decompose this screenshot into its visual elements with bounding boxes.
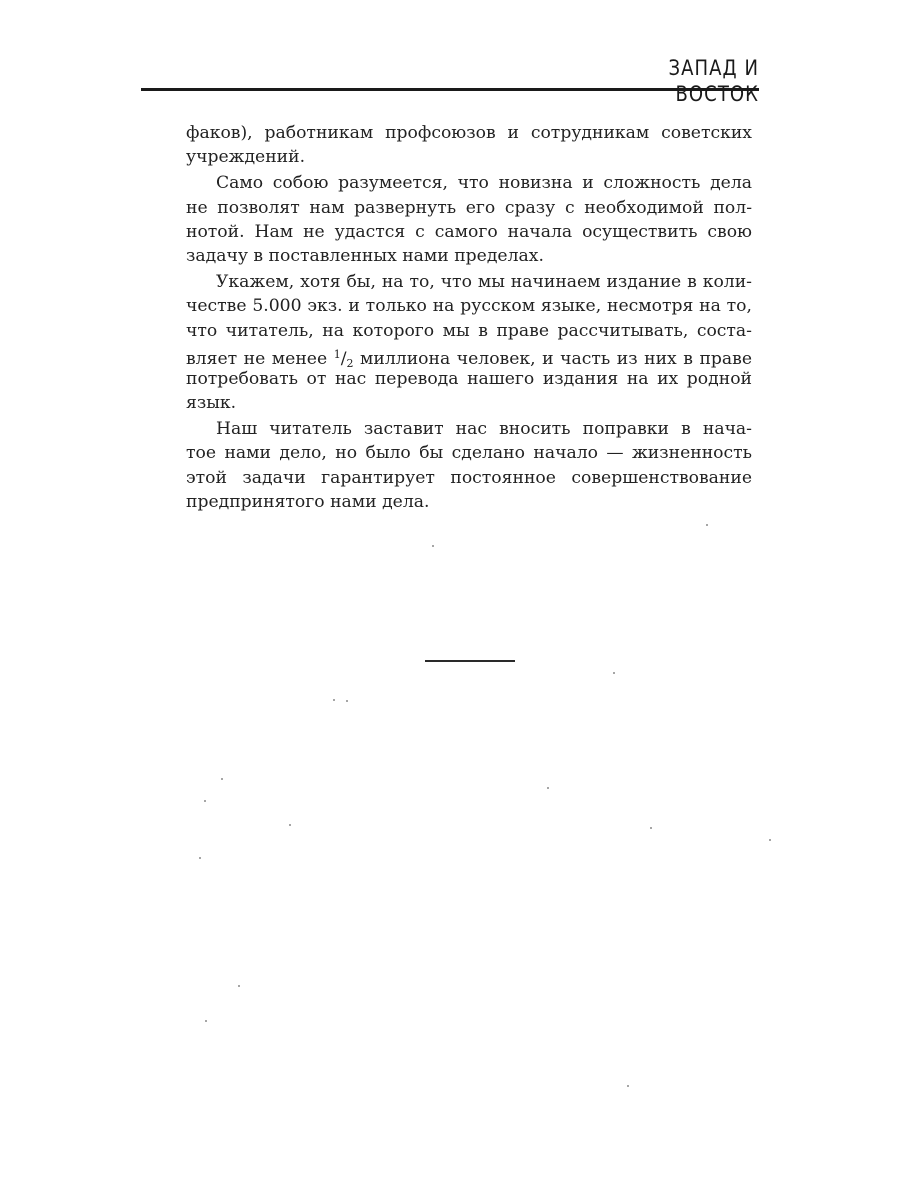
scan-speck: [650, 827, 652, 829]
scan-speck: [289, 824, 291, 826]
paragraph-3: Укажем, хотя бы, на то, что мы начинаем …: [186, 270, 752, 415]
text-line: язык.: [186, 391, 752, 415]
scan-speck: [706, 524, 708, 526]
fraction-one-half: 1/2: [334, 349, 354, 369]
text-line: потребовать от нас перевода нашего издан…: [186, 367, 752, 391]
scan-speck: [205, 1020, 207, 1022]
header-rule: [141, 88, 759, 91]
text-line: честве 5.000 экз. и только на русском яз…: [186, 294, 752, 318]
text-line: предпринятого нами дела.: [186, 490, 752, 514]
paragraph-4: Наш читатель заставит нас вносить поправ…: [186, 417, 752, 514]
scan-speck: [333, 699, 335, 701]
text-line: Наш читатель заставит нас вносить поправ…: [186, 417, 752, 441]
text-line: факов), работникам профсоюзов и сотрудни…: [186, 121, 752, 145]
text-fragment: вляет не менее: [186, 349, 327, 369]
scan-speck: [613, 672, 615, 674]
scan-speck: [627, 1085, 629, 1087]
text-line: этой задачи гарантирует постоянное совер…: [186, 466, 752, 490]
body-text: факов), работникам профсоюзов и сотрудни…: [186, 121, 752, 514]
paragraph-2: Само собою разумеется, что новизна и сло…: [186, 171, 752, 268]
text-line: что читатель, на которого мы в праве рас…: [186, 319, 752, 343]
text-line: Само собою разумеется, что новизна и сло…: [186, 171, 752, 195]
scan-speck: [769, 839, 771, 841]
paragraph-1: факов), работникам профсоюзов и сотрудни…: [186, 121, 752, 169]
text-line: Укажем, хотя бы, на то, что мы начинаем …: [186, 270, 752, 294]
end-of-text-rule: [425, 660, 515, 662]
scan-speck: [199, 857, 201, 859]
text-line: учреждений.: [186, 145, 752, 169]
text-line-with-fraction: вляет не менее 1/2 миллиона человек, и ч…: [186, 343, 752, 367]
scan-speck: [221, 778, 223, 780]
scan-speck: [432, 545, 434, 547]
scan-speck: [346, 700, 348, 702]
scan-speck: [204, 800, 206, 802]
text-line: не позволят нам развернуть его сразу с н…: [186, 196, 752, 220]
scan-speck: [547, 787, 549, 789]
text-fragment: миллиона человек, и часть из них в праве: [360, 349, 752, 369]
text-line: тое нами дело, но было бы сделано начало…: [186, 441, 752, 465]
text-line: нотой. Нам не удастся с самого начала ос…: [186, 220, 752, 244]
running-head: ЗАПАД И ВОСТОК: [588, 55, 759, 107]
scan-speck: [238, 985, 240, 987]
text-line: задачу в поставленных нами пределах.: [186, 244, 752, 268]
